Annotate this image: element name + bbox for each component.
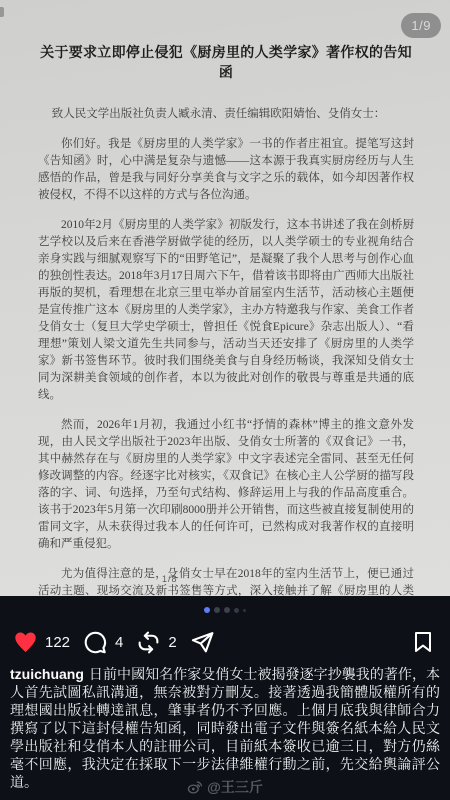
heart-icon[interactable]: [13, 630, 38, 655]
comment-icon[interactable]: [83, 630, 108, 655]
caption-text: 日前中國知名作家殳俏女士被揭發逐字抄襲我的著作，本人首先試圖私訊溝通，無奈被對方…: [10, 666, 440, 790]
letter-page-number: 1/8: [162, 571, 178, 588]
post-caption: tzuichuang日前中國知名作家殳俏女士被揭發逐字抄襲我的著作，本人首先試圖…: [0, 660, 450, 791]
letter-paragraph: 然而，2026年1月初，我通过小红书“抒情的森林”博主的推文意外发现，由人民文学…: [38, 417, 414, 553]
share-icon[interactable]: [190, 630, 215, 655]
letter-document: 关于要求立即停止侵犯《厨房里的人类学家》著作权的告知函 致人民文学出版社负责人臧…: [0, 0, 450, 596]
instagram-post-screen: { "photo": { "page_indicator": "1/9", "d…: [0, 0, 450, 800]
letter-title: 关于要求立即停止侵犯《厨房里的人类学家》著作权的告知函: [38, 44, 414, 84]
likes-count[interactable]: 122: [45, 634, 70, 651]
comments-count[interactable]: 4: [115, 634, 123, 651]
carousel-page-indicator: 1/9: [401, 13, 441, 38]
action-bar: 122 4 2: [0, 624, 450, 660]
carousel-dot: [243, 609, 246, 612]
carousel-dot: [234, 608, 239, 613]
comment-group: 4: [83, 630, 123, 655]
post-author-username[interactable]: tzuichuang: [10, 666, 84, 682]
bookmark-icon[interactable]: [411, 630, 435, 654]
carousel-dot: [214, 607, 220, 613]
repost-group: 2: [136, 630, 176, 655]
letter-paragraph: 2010年2月《厨房里的人类学家》初版发行，这本书讲述了我在剑桥厨艺学校以及后来…: [38, 217, 414, 404]
letter-paragraph: 尤为值得注意的是，殳俏女士早在2018年的室内生活节上，便已通过活动主题、现场交…: [38, 566, 414, 596]
carousel-dot-active: [204, 607, 210, 613]
weibo-icon: [187, 779, 203, 795]
repost-icon[interactable]: [136, 630, 161, 655]
letter-paragraph: 你们好。我是《厨房里的人类学家》一书的作者庄祖宜。提笔写这封《告知函》时，心中满…: [38, 136, 414, 204]
watermark-handle: @王三斤: [207, 777, 263, 797]
carousel-dots: [0, 596, 450, 624]
reposts-count[interactable]: 2: [168, 634, 176, 651]
share-group: [190, 630, 215, 655]
carousel-image[interactable]: 1/9 关于要求立即停止侵犯《厨房里的人类学家》著作权的告知函 致人民文学出版社…: [0, 0, 450, 596]
like-group: 122: [13, 630, 70, 655]
carousel-dot: [224, 607, 230, 613]
letter-salutation: 致人民文学出版社负责人臧永清、责任编辑欧阳婧怡、殳俏女士：: [38, 106, 414, 123]
weibo-watermark: @王三斤: [0, 777, 450, 797]
